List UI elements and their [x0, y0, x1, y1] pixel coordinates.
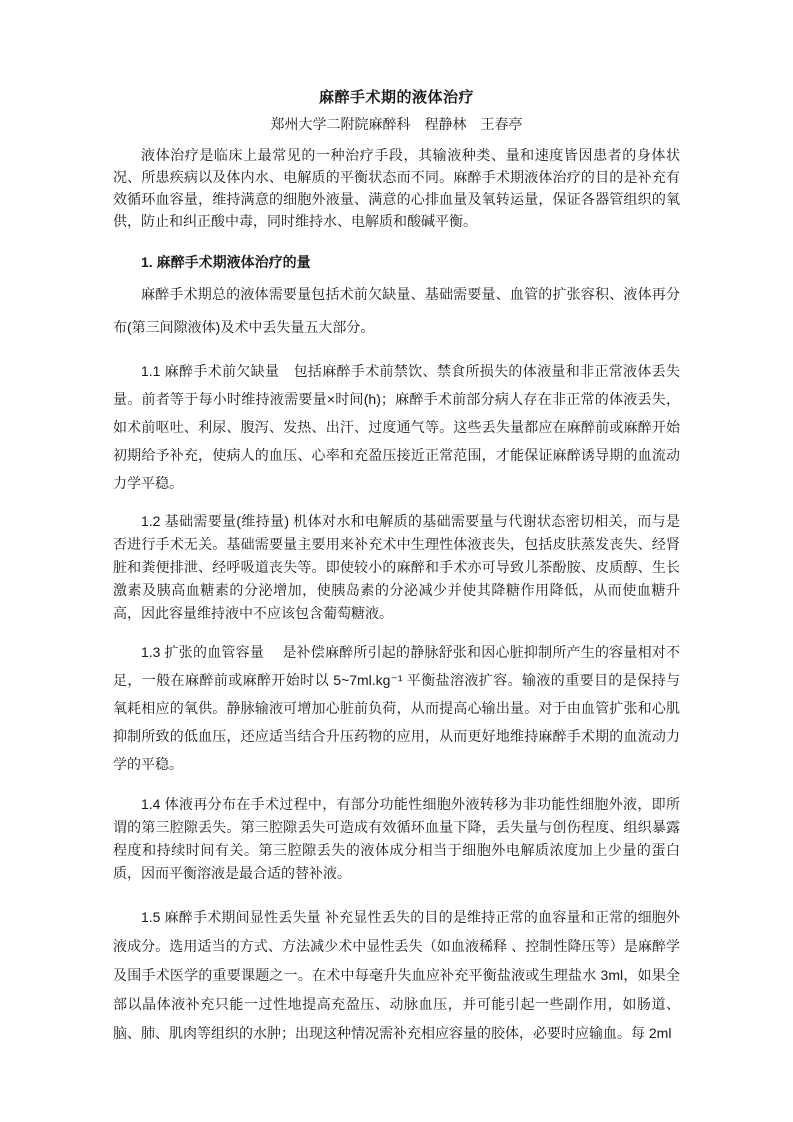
paragraph-1-3-vascular-expansion: 1.3 扩张的血管容量 是补偿麻醉所引起的静脉舒张和因心脏抑制所产生的容量相对不… [113, 638, 680, 778]
paragraph-1-1-preoperative-deficit: 1.1 麻醉手术前欠缺量 包括麻醉手术前禁饮、禁食所损失的体液量和非正常液体丢失… [113, 357, 680, 497]
document-page: 麻醉手术期的液体治疗 郑州大学二附院麻醉科 程静林 王春亭 液体治疗是临床上最常… [0, 0, 793, 1122]
document-title: 麻醉手术期的液体治疗 [113, 88, 680, 108]
section-1-lead-paragraph: 麻醉手术期总的液体需要量包括术前欠缺量、基础需要量、血管的扩张容积、液体再分布(… [113, 278, 680, 344]
section-1-heading: 1. 麻醉手术期液体治疗的量 [113, 252, 680, 272]
paragraph-1-2-basal-requirement: 1.2 基础需要量(维持量) 机体对水和电解质的基础需要量与代谢状态密切相关，而… [113, 510, 680, 625]
paragraph-1-5-overt-loss: 1.5 麻醉手术期间显性丢失量 补充显性丢失的目的是维持正常的血容量和正常的细胞… [113, 903, 680, 1048]
intro-paragraph: 液体治疗是临床上最常见的一种治疗手段，其输液种类、量和速度皆因患者的身体状况、所… [113, 144, 680, 232]
authors-byline: 郑州大学二附院麻醉科 程静林 王春亭 [113, 114, 680, 134]
paragraph-1-4-fluid-redistribution: 1.4 体液再分布在手术过程中，有部分功能性细胞外液转移为非功能性细胞外液，即所… [113, 793, 680, 885]
